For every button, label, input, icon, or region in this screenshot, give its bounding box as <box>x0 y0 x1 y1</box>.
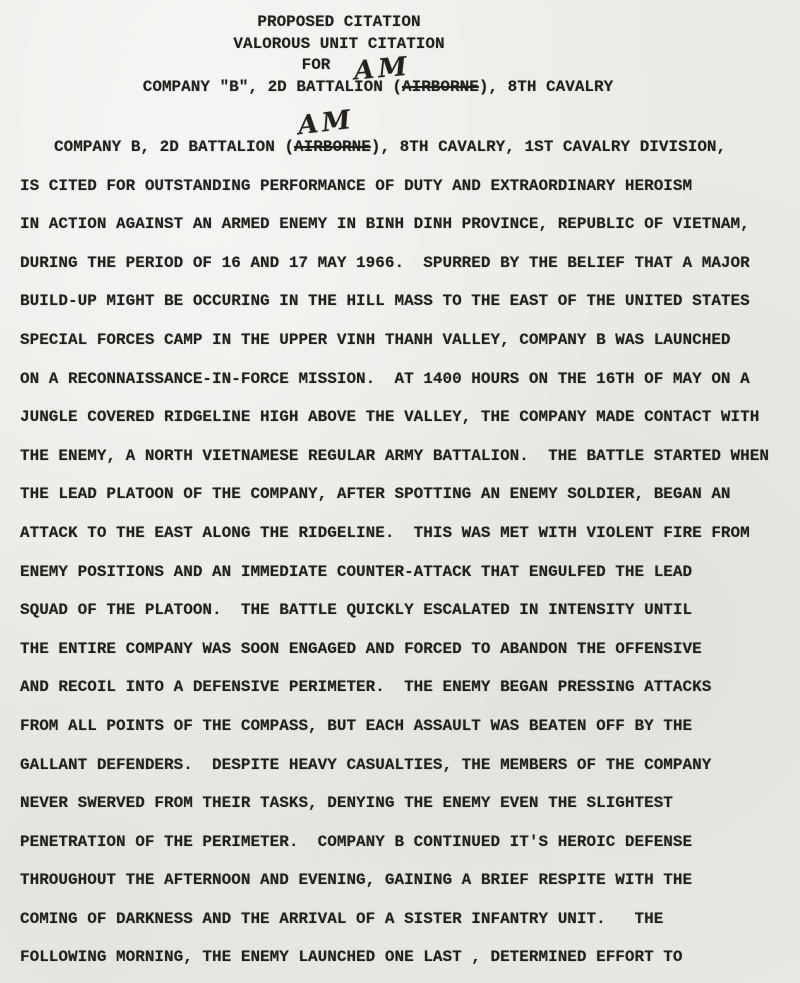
document-header: PROPOSED CITATION VALOROUS UNIT CITATION… <box>0 12 800 98</box>
body-line: IS CITED FOR OUTSTANDING PERFORMANCE OF … <box>20 167 796 206</box>
document-page: PROPOSED CITATION VALOROUS UNIT CITATION… <box>0 0 800 983</box>
title-line-proposed-citation: PROPOSED CITATION <box>0 12 678 34</box>
body-line: THE LEAD PLATOON OF THE COMPANY, AFTER S… <box>20 475 796 514</box>
body-line: AND RECOIL INTO A DEFENSIVE PERIMETER. T… <box>20 668 796 707</box>
body-line: JUNGLE COVERED RIDGELINE HIGH ABOVE THE … <box>20 398 796 437</box>
body-line: NEVER SWERVED FROM THEIR TASKS, DENYING … <box>20 784 796 823</box>
struck-word-wrap: AIRBORNEAM <box>294 138 371 156</box>
body-line: THE ENTIRE COMPANY WAS SOON ENGAGED AND … <box>20 630 796 669</box>
body-line: DURING THE PERIOD OF 16 AND 17 MAY 1966.… <box>20 244 796 283</box>
body-line: ATTACK TO THE EAST ALONG THE RIDGELINE. … <box>20 514 796 553</box>
body-line: FOLLOWING MORNING, THE ENEMY LAUNCHED ON… <box>20 938 796 977</box>
body-line: GALLANT DEFENDERS. DESPITE HEAVY CASUALT… <box>20 746 796 785</box>
body-line: BUILD-UP MIGHT BE OCCURING IN THE HILL M… <box>20 282 796 321</box>
handwritten-annotation-header: AM <box>353 52 412 87</box>
body-line: THE ENEMY, A NORTH VIETNAMESE REGULAR AR… <box>20 437 796 476</box>
body-line: THROUGHOUT THE AFTERNOON AND EVENING, GA… <box>20 861 796 900</box>
title-line-for: FOR <box>0 55 632 77</box>
body-line: SPECIAL FORCES CAMP IN THE UPPER VINH TH… <box>20 321 796 360</box>
first-line-before: COMPANY B, 2D BATTALION ( <box>54 138 294 156</box>
company-line-after: ), 8TH CAVALRY <box>479 78 613 96</box>
struck-word-airborne-header: AIRBORNE <box>402 78 479 96</box>
body-line: ON A RECONNAISSANCE-IN-FORCE MISSION. AT… <box>20 360 796 399</box>
body-line: IN ACTION AGAINST AN ARMED ENEMY IN BINH… <box>20 205 796 244</box>
document-body: COMPANY B, 2D BATTALION (AIRBORNEAM), 8T… <box>20 128 796 977</box>
body-line: ENEMY POSITIONS AND AN IMMEDIATE COUNTER… <box>20 553 796 592</box>
body-line: FROM ALL POINTS OF THE COMPASS, BUT EACH… <box>20 707 796 746</box>
body-line: SQUAD OF THE PLATOON. THE BATTLE QUICKLY… <box>20 591 796 630</box>
first-line-after: ), 8TH CAVALRY, 1ST CAVALRY DIVISION, <box>371 138 726 156</box>
body-line: PENETRATION OF THE PERIMETER. COMPANY B … <box>20 823 796 862</box>
title-line-valorous-unit-citation: VALOROUS UNIT CITATION <box>0 34 678 56</box>
body-line: COMING OF DARKNESS AND THE ARRIVAL OF A … <box>20 900 796 939</box>
body-line-first: COMPANY B, 2D BATTALION (AIRBORNEAM), 8T… <box>20 128 796 167</box>
